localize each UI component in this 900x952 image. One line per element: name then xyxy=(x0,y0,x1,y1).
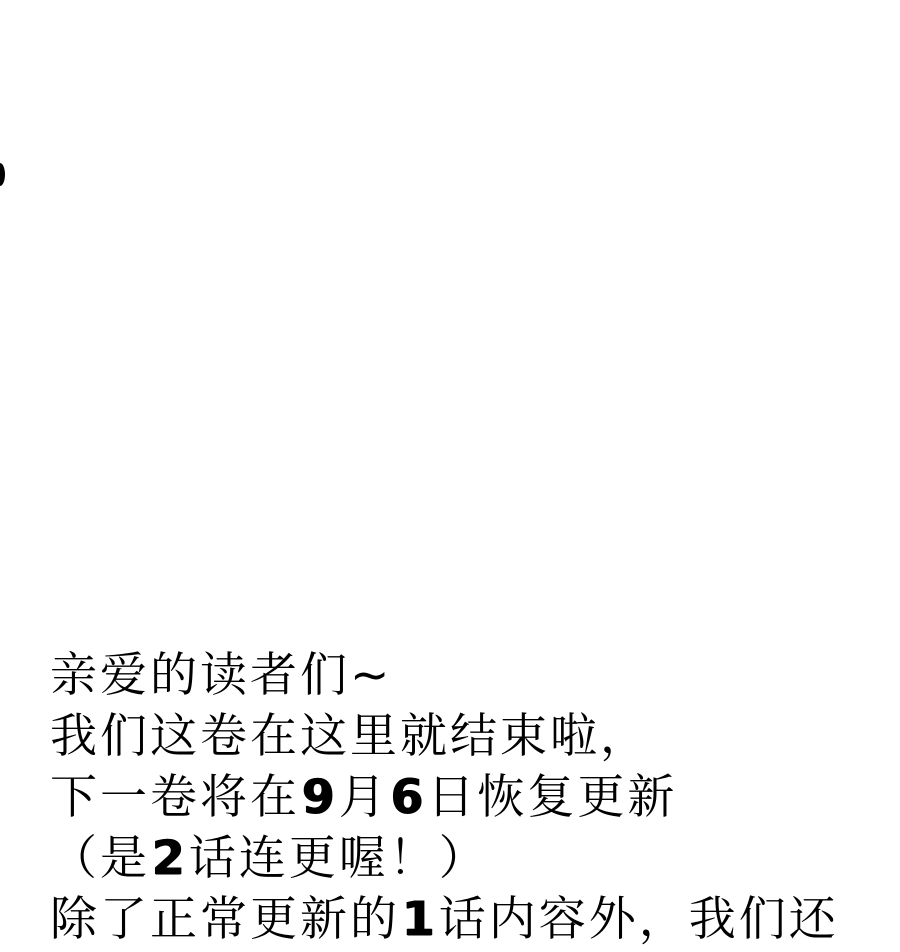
end-of-volume-notice: 亲爱的读者们~我们这卷在这里就结束啦，下一卷将在9月6日恢复更新（是2话连更喔！… xyxy=(50,645,839,950)
bold-digit: 1 xyxy=(400,892,439,947)
notice-line: 我们这卷在这里就结束啦， xyxy=(50,706,839,767)
notice-line: 亲爱的读者们~ xyxy=(50,645,839,706)
notice-text-segment: 话内容外，我们还 xyxy=(439,892,839,947)
bold-digit: 6 xyxy=(389,770,428,825)
notice-line: （是2话连更喔！） xyxy=(50,828,839,889)
notice-text-segment: 话连更喔！） xyxy=(189,831,489,886)
bold-digit: 2 xyxy=(150,831,189,886)
notice-text-segment: 我们这卷在这里就结束啦， xyxy=(50,709,650,764)
comic-page: 亲爱的读者们~我们这卷在这里就结束啦，下一卷将在9月6日恢复更新（是2话连更喔！… xyxy=(0,0,900,952)
notice-text-segment: 下一卷将在 xyxy=(50,770,300,825)
notice-text-segment: 除了正常更新的 xyxy=(50,892,400,947)
notice-line: 下一卷将在9月6日恢复更新 xyxy=(50,767,839,828)
bold-digit: 9 xyxy=(300,770,339,825)
left-edge-ink-mark xyxy=(0,163,5,186)
notice-text-segment: （是 xyxy=(50,831,150,886)
notice-text-segment: 亲爱的读者们~ xyxy=(50,648,392,703)
notice-text-segment: 日恢复更新 xyxy=(427,770,677,825)
notice-line: 除了正常更新的1话内容外，我们还 xyxy=(50,889,839,950)
notice-text-segment: 月 xyxy=(339,770,389,825)
